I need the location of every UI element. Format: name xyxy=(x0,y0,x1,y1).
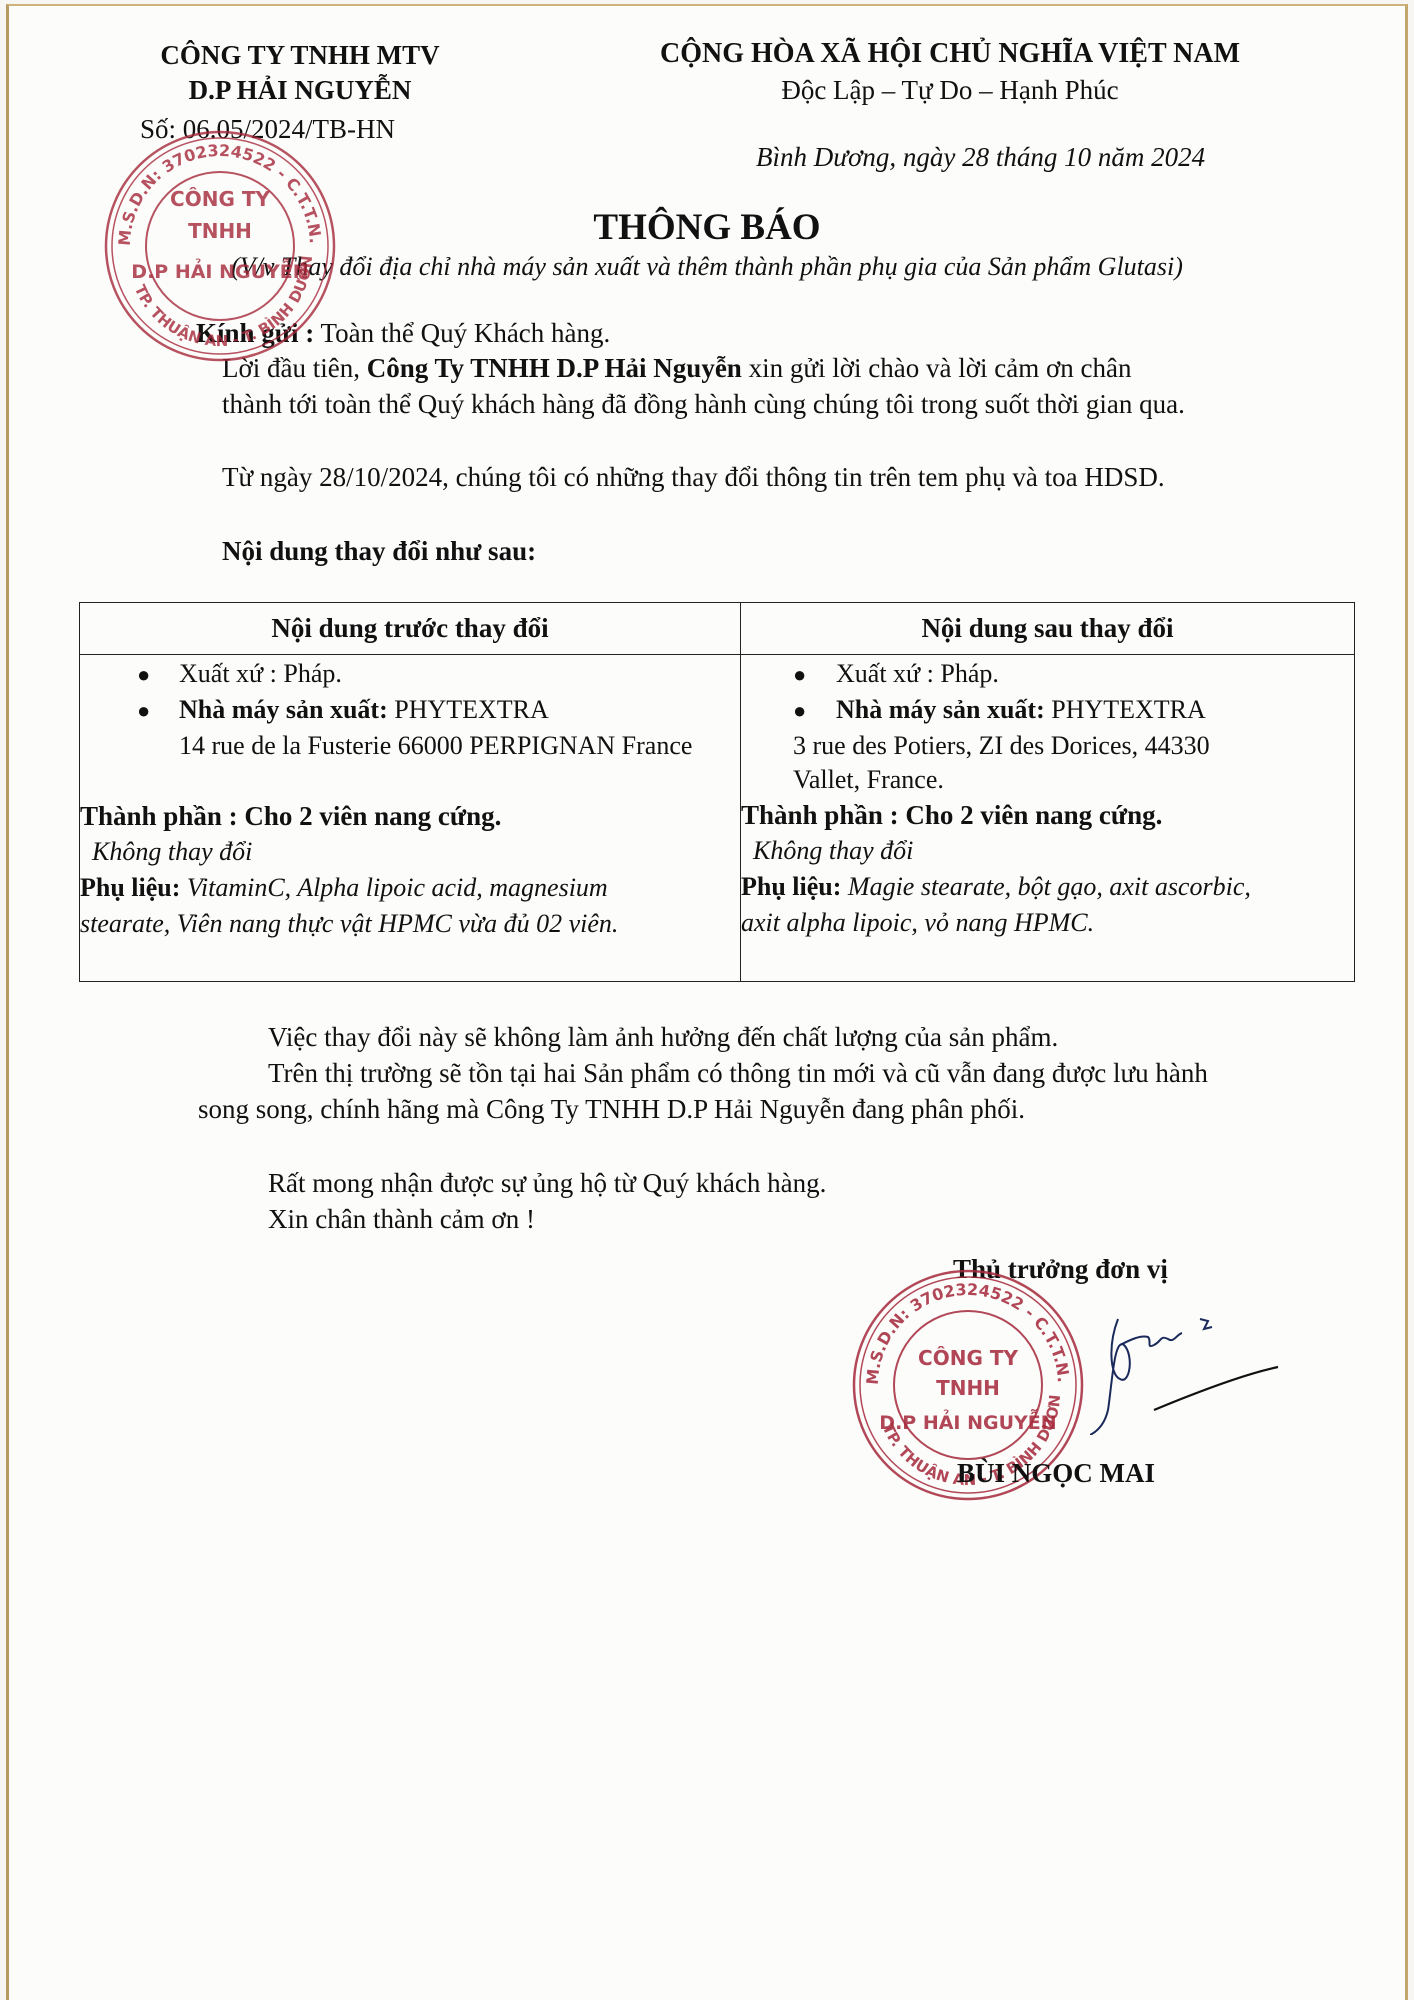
before-excipients-line2: stearate, Viên nang thực vật HPMC vừa đủ… xyxy=(80,909,618,939)
bullet-icon: ● xyxy=(793,662,806,688)
before-excipients-line1: Phụ liệu: VitaminC, Alpha lipoic acid, m… xyxy=(80,873,608,903)
before-factory: Nhà máy sản xuất: PHYTEXTRA xyxy=(179,695,549,725)
support-request: Rất mong nhận được sự ủng hộ từ Quý khác… xyxy=(268,1168,826,1199)
header-before: Nội dung trước thay đổi xyxy=(80,603,741,655)
stamp-line1: CÔNG TY xyxy=(918,1346,1018,1370)
excipients-value: Magie stearate, bột gạo, axit ascorbic, xyxy=(841,872,1250,901)
excipients-label: Phụ liệu: xyxy=(80,873,180,902)
quality-statement: Việc thay đổi này sẽ không làm ảnh hưởng… xyxy=(268,1022,1058,1053)
handwritten-signature-icon xyxy=(1090,1315,1290,1435)
thanks-line: Xin chân thành cảm ơn ! xyxy=(268,1204,535,1235)
intro-line2: thành tới toàn thể Quý khách hàng đã đồn… xyxy=(222,389,1185,420)
before-composition-value: Không thay đổi xyxy=(92,837,252,867)
after-excipients-line2: axit alpha lipoic, vỏ nang HPMC. xyxy=(741,908,1094,938)
factory-label: Nhà máy sản xuất: xyxy=(836,695,1045,724)
bullet-icon: ● xyxy=(137,662,150,688)
market-statement-line2: song song, chính hãng mà Công Ty TNHH D.… xyxy=(198,1094,1025,1125)
header-after: Nội dung sau thay đổi xyxy=(741,603,1355,655)
before-address: 14 rue de la Fusterie 66000 PERPIGNAN Fr… xyxy=(179,731,692,761)
changes-heading: Nội dung thay đổi như sau: xyxy=(222,536,536,567)
before-composition-label: Thành phần : Cho 2 viên nang cứng. xyxy=(80,801,501,832)
after-composition-value: Không thay đổi xyxy=(753,836,913,866)
stamp-line3: D.P HẢI NGUYỄN xyxy=(879,1407,1056,1434)
bullet-icon: ● xyxy=(793,698,806,724)
stamp-line3: D.P HẢI NGUYỄN xyxy=(131,256,308,283)
stamp-line2: TNHH xyxy=(188,219,252,243)
place-date: Bình Dương, ngày 28 tháng 10 năm 2024 xyxy=(756,142,1205,173)
excipients-value: VitaminC, Alpha lipoic acid, magnesium xyxy=(180,873,607,902)
after-address-line2: Vallet, France. xyxy=(793,765,944,795)
market-statement-line1: Trên thị trường sẽ tồn tại hai Sản phẩm … xyxy=(268,1058,1208,1089)
table-row: ● Xuất xứ : Pháp. ● Nhà máy sản xuất: PH… xyxy=(80,655,1355,982)
greeting-recipient: Toàn thể Quý Khách hàng. xyxy=(321,318,611,348)
table-header-row: Nội dung trước thay đổi Nội dung sau tha… xyxy=(80,603,1355,655)
company-name-line2: D.P HẢI NGUYỄN xyxy=(100,73,500,108)
signatory-name: BÙI NGỌC MAI xyxy=(957,1458,1155,1489)
after-excipients-line1: Phụ liệu: Magie stearate, bột gạo, axit … xyxy=(741,872,1251,902)
company-seal-stamp-icon: M.S.D.N: 3702324522 - C.T.T.N.H.H TP. TH… xyxy=(100,126,340,366)
effective-notice: Từ ngày 28/10/2024, chúng tôi có những t… xyxy=(222,462,1165,493)
excipients-label: Phụ liệu: xyxy=(741,872,841,901)
cell-after: ● Xuất xứ : Pháp. ● Nhà máy sản xuất: PH… xyxy=(741,655,1355,982)
stamp-line2: TNHH xyxy=(936,1376,1000,1400)
national-motto: Độc Lập – Tự Do – Hạnh Phúc xyxy=(600,72,1300,108)
stamp-line1: CÔNG TY xyxy=(170,187,270,211)
factory-name: PHYTEXTRA xyxy=(388,695,549,724)
company-header: CÔNG TY TNHH MTV D.P HẢI NGUYỄN xyxy=(100,38,500,108)
after-origin: Xuất xứ : Pháp. xyxy=(836,659,999,689)
cell-before: ● Xuất xứ : Pháp. ● Nhà máy sản xuất: PH… xyxy=(80,655,741,982)
company-name-line1: CÔNG TY TNHH MTV xyxy=(100,38,500,73)
nation-title: CỘNG HÒA XÃ HỘI CHỦ NGHĨA VIỆT NAM xyxy=(600,36,1300,72)
after-factory: Nhà máy sản xuất: PHYTEXTRA xyxy=(836,695,1206,725)
after-composition-label: Thành phần : Cho 2 viên nang cứng. xyxy=(741,800,1162,831)
changes-table: Nội dung trước thay đổi Nội dung sau tha… xyxy=(79,602,1355,982)
bullet-icon: ● xyxy=(137,698,150,724)
intro-text-cont: xin gửi lời chào và lời cảm ơn chân xyxy=(742,353,1132,383)
factory-label: Nhà máy sản xuất: xyxy=(179,695,388,724)
after-address-line1: 3 rue des Potiers, ZI des Dorices, 44330 xyxy=(793,731,1210,761)
before-origin: Xuất xứ : Pháp. xyxy=(179,659,342,689)
national-header: CỘNG HÒA XÃ HỘI CHỦ NGHĨA VIỆT NAM Độc L… xyxy=(600,36,1300,108)
intro-line1: Lời đầu tiên, Công Ty TNHH D.P Hải Nguyễ… xyxy=(222,353,1310,384)
factory-name: PHYTEXTRA xyxy=(1045,695,1206,724)
intro-company-name: Công Ty TNHH D.P Hải Nguyễn xyxy=(367,353,742,383)
